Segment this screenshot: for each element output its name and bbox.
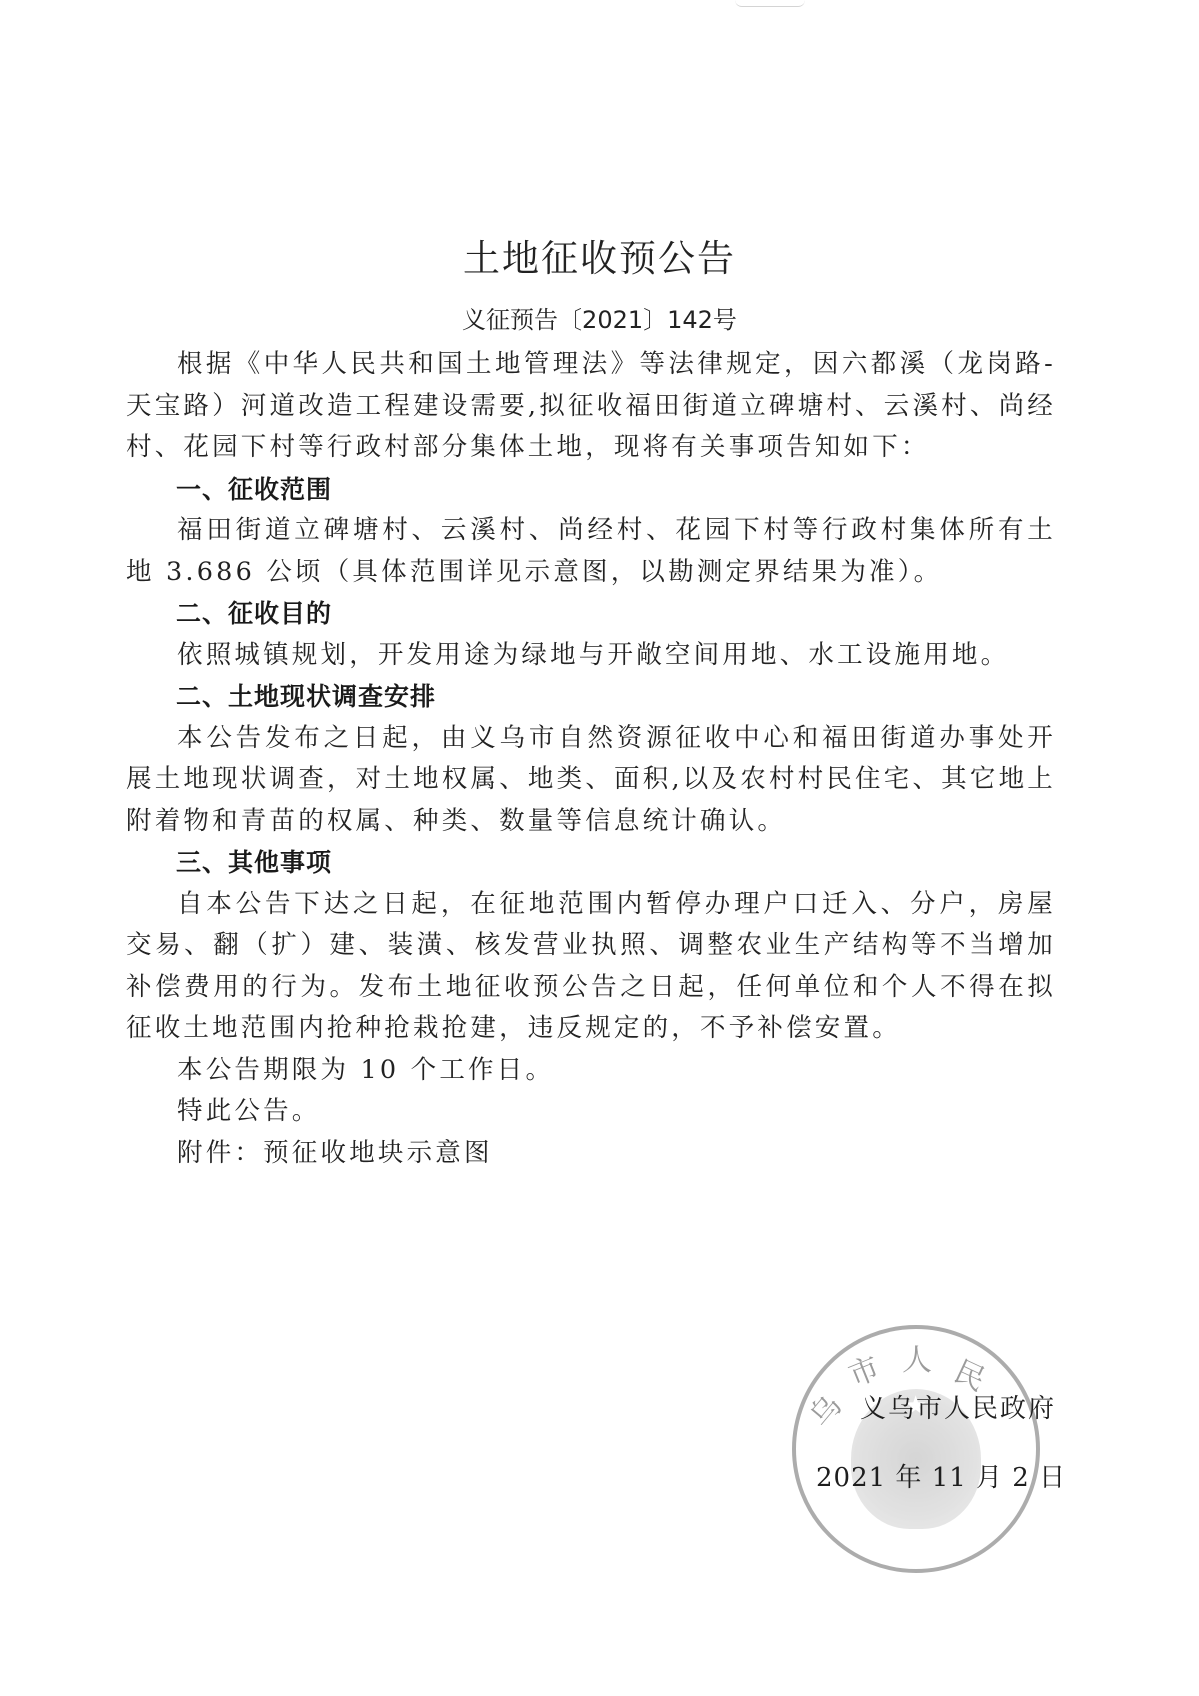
document-number: 义征预告〔2021〕142号: [0, 300, 1199, 335]
section-text-survey: 本公告发布之日起，由义乌市自然资源征收中心和福田街道办事处开展土地现状调查，对土…: [126, 718, 1056, 843]
scan-mark: [735, 0, 805, 7]
seal-char: 人: [902, 1335, 932, 1379]
period-note: 本公告期限为 10 个工作日。: [126, 1050, 1056, 1092]
official-seal-icon: ★ 乌 市 人 民: [792, 1325, 1040, 1573]
section-heading-scope: 一、征收范围: [126, 469, 1056, 511]
section-text-scope: 福田街道立碑塘村、云溪村、尚经村、花园下村等行政村集体所有土地 3.686 公顷…: [126, 510, 1056, 593]
intro-paragraph: 根据《中华人民共和国土地管理法》等法律规定，因六都溪（龙岗路-天宝路）河道改造工…: [126, 344, 1056, 469]
scan-artifacts: [0, 0, 1199, 30]
signature-block: ★ 乌 市 人 民 义乌市人民政府 2021 年 11 月 2 日: [760, 1325, 1090, 1615]
section-text-purpose: 依照城镇规划，开发用途为绿地与开敞空间用地、水工设施用地。: [126, 635, 1056, 677]
seal-char: 乌: [797, 1383, 850, 1434]
issuer-name: 义乌市人民政府: [860, 1388, 1056, 1425]
section-text-other: 自本公告下达之日起，在征地范围内暂停办理户口迁入、分户，房屋交易、翻（扩）建、装…: [126, 884, 1056, 1050]
section-heading-other: 三、其他事项: [126, 842, 1056, 884]
document-page: 土地征收预公告 义征预告〔2021〕142号 根据《中华人民共和国土地管理法》等…: [0, 0, 1199, 1696]
attachment-note: 附件：预征收地块示意图: [126, 1133, 1056, 1175]
document-body: 根据《中华人民共和国土地管理法》等法律规定，因六都溪（龙岗路-天宝路）河道改造工…: [126, 344, 1056, 1174]
closing-text: 特此公告。: [126, 1091, 1056, 1133]
document-title: 土地征收预公告: [0, 228, 1199, 282]
section-heading-survey: 二、土地现状调查安排: [126, 676, 1056, 718]
section-heading-purpose: 二、征收目的: [126, 593, 1056, 635]
issue-date: 2021 年 11 月 2 日: [816, 1457, 1066, 1494]
